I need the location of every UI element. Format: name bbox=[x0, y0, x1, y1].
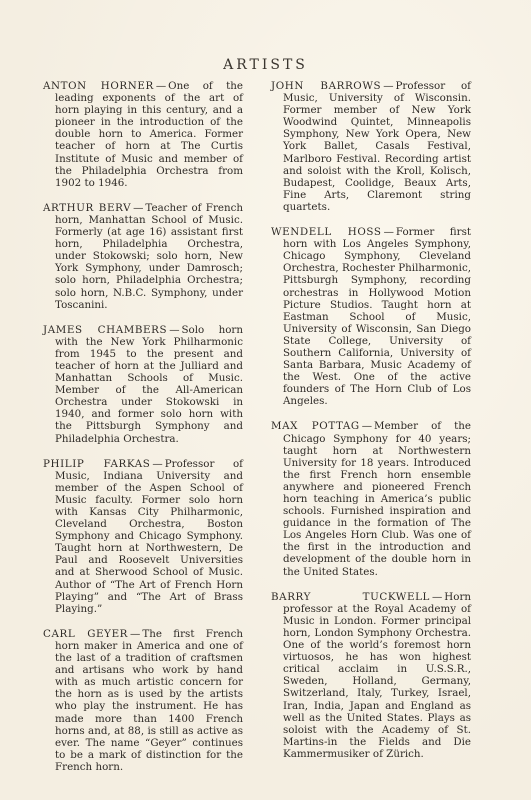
name-separator: — bbox=[384, 226, 394, 238]
artist-name: WENDELL HOSS bbox=[271, 226, 382, 238]
name-separator: — bbox=[362, 420, 372, 432]
artist-entry-horner: ANTON HORNER—One of the leading exponent… bbox=[43, 80, 243, 189]
name-separator: — bbox=[383, 80, 393, 92]
program-page: ARTISTS ANTON HORNER—One of the leading … bbox=[0, 0, 531, 800]
artist-bio: Teacher of French horn, Manhattan School… bbox=[55, 202, 243, 311]
page-title: ARTISTS bbox=[0, 57, 531, 73]
artist-entry-barrows: JOHN BARROWS—Professor of Music, Univers… bbox=[271, 80, 471, 213]
name-separator: — bbox=[169, 324, 179, 336]
artist-bio: Professor of Music, Indiana University a… bbox=[55, 458, 243, 615]
name-separator: — bbox=[130, 628, 140, 640]
artist-name: JOHN BARROWS bbox=[271, 80, 381, 92]
artist-name: JAMES CHAMBERS bbox=[43, 324, 167, 336]
artist-name: BARRY TUCKWELL bbox=[271, 591, 430, 603]
artist-entry-berv: ARTHUR BERV—Teacher of French horn, Manh… bbox=[43, 202, 243, 311]
artist-bio: Former first horn with Los Angeles Symph… bbox=[283, 226, 471, 407]
artist-entry-geyer: CARL GEYER—The first French horn maker i… bbox=[43, 628, 243, 773]
artist-name: CARL GEYER bbox=[43, 628, 128, 640]
artist-name: ARTHUR BERV bbox=[43, 202, 131, 214]
artist-entry-chambers: JAMES CHAMBERS—Solo horn with the New Yo… bbox=[43, 324, 243, 445]
artist-entry-tuckwell: BARRY TUCKWELL—Horn professor at the Roy… bbox=[271, 591, 471, 760]
name-separator: — bbox=[133, 202, 143, 214]
artist-bio: Member of the Chicago Symphony for 40 ye… bbox=[283, 420, 471, 577]
artist-bio: Horn professor at the Royal Academy of M… bbox=[283, 591, 471, 760]
artist-bio: Professor of Music, University of Wiscon… bbox=[283, 80, 471, 213]
name-separator: — bbox=[432, 591, 442, 603]
artist-entry-pottag: MAX POTTAG—Member of the Chicago Symphon… bbox=[271, 420, 471, 577]
artist-name: MAX POTTAG bbox=[271, 420, 360, 432]
right-column: JOHN BARROWS—Professor of Music, Univers… bbox=[271, 80, 471, 773]
name-separator: — bbox=[156, 80, 166, 92]
name-separator: — bbox=[152, 458, 162, 470]
left-column: ANTON HORNER—One of the leading exponent… bbox=[43, 80, 243, 786]
artist-name: PHILIP FARKAS bbox=[43, 458, 150, 470]
artist-entry-farkas: PHILIP FARKAS—Professor of Music, Indian… bbox=[43, 458, 243, 615]
artist-name: ANTON HORNER bbox=[43, 80, 154, 92]
artist-entry-hoss: WENDELL HOSS—Former first horn with Los … bbox=[271, 226, 471, 407]
artist-bio: Solo horn with the New York Philharmonic… bbox=[55, 324, 243, 445]
artist-bio: The first French horn maker in America a… bbox=[55, 628, 243, 773]
artist-bio: One of the leading exponents of the art … bbox=[55, 80, 243, 189]
